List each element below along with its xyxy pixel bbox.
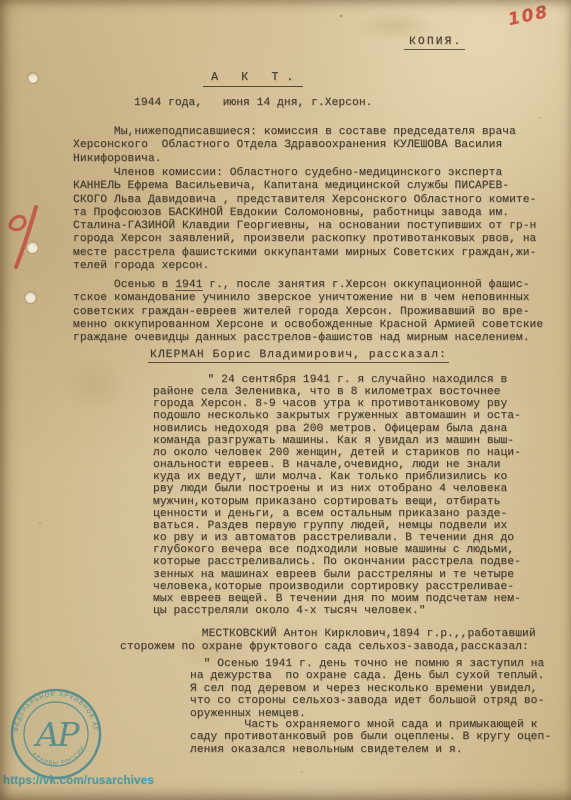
- archive-stamp: ФЕДЕРАЛЬНОЕ АРХИВНОЕ АГЕНТСТВО АРХИВЫ РО…: [4, 682, 108, 786]
- red-mark-loop: [10, 216, 25, 229]
- underline-mark-1941: [175, 290, 203, 291]
- paragraph-commission-members: Членов комиссии: Областного судебно-меди…: [73, 167, 536, 273]
- witness1-header: КЛЕРМАН Борис Владимирович, рассказал:: [148, 349, 449, 363]
- document-title: А К Т.: [203, 70, 303, 87]
- dateline: 1944 года, июня 14 дня, г.Херсон.: [134, 97, 372, 109]
- witness2-header: МЕСТКОВСКИЙ Антон Кирклович,1894 г.р.,,р…: [120, 628, 536, 654]
- red-margin-mark: [2, 203, 48, 273]
- copy-label: КОПИЯ.: [404, 36, 465, 50]
- punch-hole: [27, 242, 38, 253]
- watermark-url: https://vk.com/rusarchives: [3, 775, 154, 787]
- document-page: 108 КОПИЯ. А К Т. 1944 года, июня 14 дня…: [0, 0, 571, 800]
- paragraph-preamble: Мы,нижеподписавшиеся: комиссия в составе…: [73, 126, 516, 166]
- witness2-testimony-part2: Часть охраняемого мной сада и примыкающе…: [190, 719, 551, 756]
- witness2-testimony-part1: " Осенью 1941 г. день точно не помню я з…: [190, 658, 544, 720]
- punch-hole: [28, 73, 38, 83]
- punch-hole: [25, 292, 36, 303]
- folio-number: 108: [506, 2, 551, 30]
- witness1-testimony: " 24 сентября 1941 г. я случайно находил…: [153, 374, 521, 617]
- paragraph-events-1941: Осенью в 1941 г., после занятия г.Херсон…: [73, 279, 543, 345]
- stamp-monogram: АР: [33, 715, 80, 754]
